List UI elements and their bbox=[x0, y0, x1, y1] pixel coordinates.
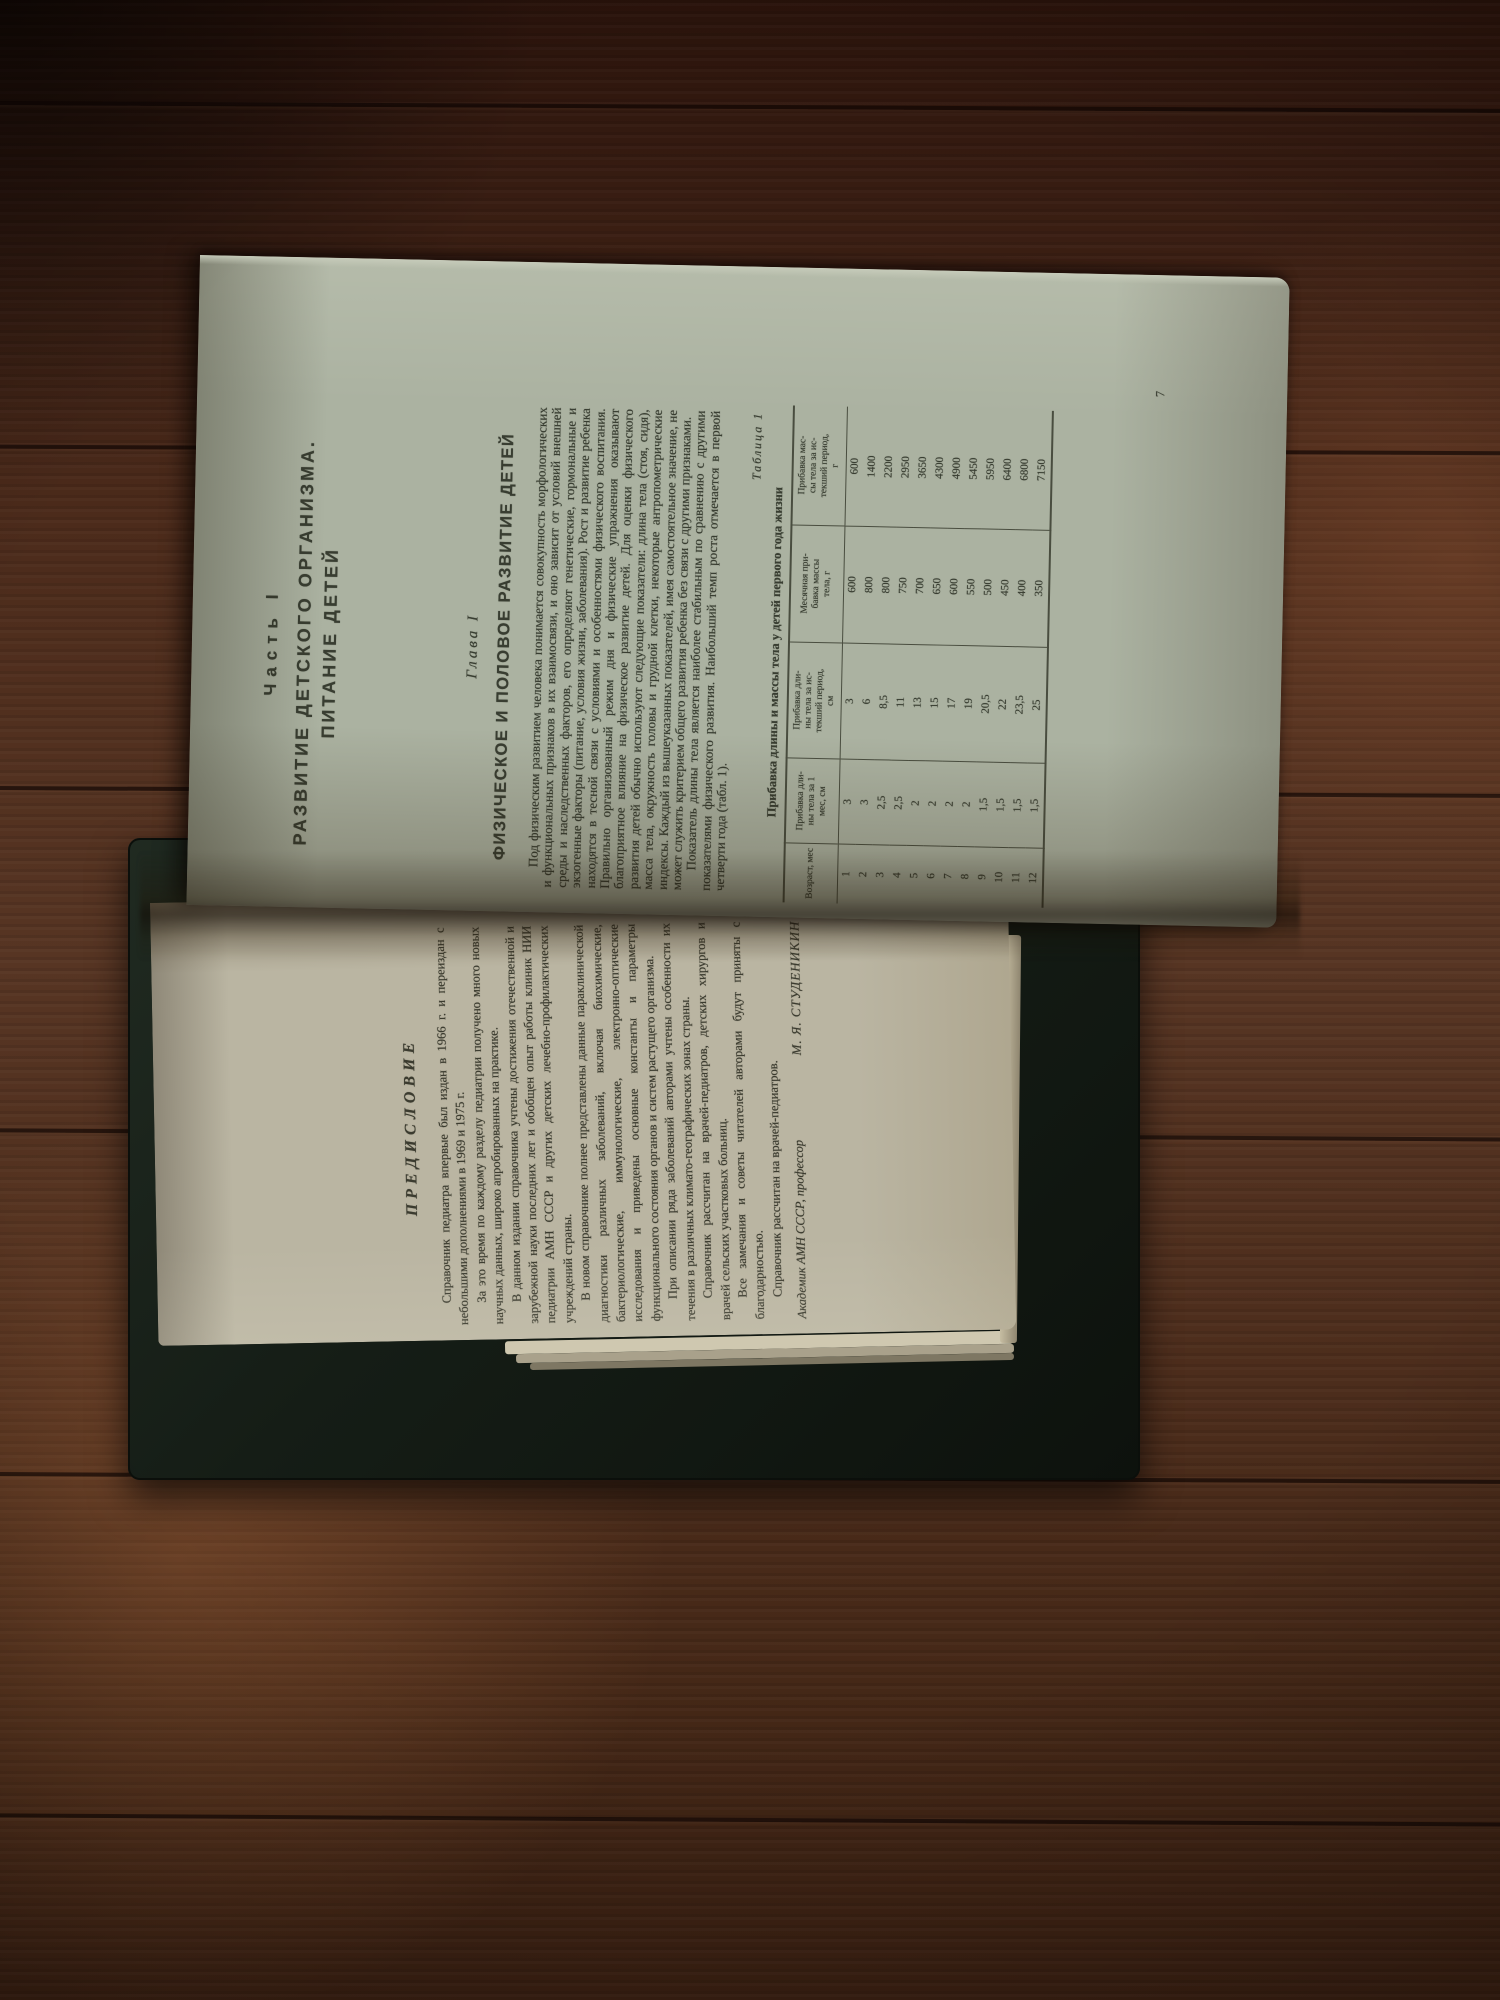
chapter-label: Глава I bbox=[460, 406, 487, 886]
table-cell: 2 bbox=[940, 762, 959, 847]
part-label: Часть I bbox=[257, 401, 287, 881]
table-cell: 8 bbox=[956, 846, 974, 906]
table-cell: 2 bbox=[906, 761, 925, 846]
page-number: 7 bbox=[1153, 391, 1168, 398]
wood-plank-seam bbox=[0, 101, 1500, 113]
paragraph: В данном издании справочника учтены дост… bbox=[501, 925, 578, 1324]
table-cell: 350 bbox=[1030, 530, 1050, 647]
book-left-page: ПРЕДИСЛОВИЕ Справочник педиатра впервые … bbox=[150, 887, 1016, 1346]
chapter-title: ФИЗИЧЕСКОЕ И ПОЛОВОЕ РАЗВИТИЕ ДЕТЕЙ bbox=[490, 406, 519, 886]
table-cell: 2 bbox=[957, 762, 976, 847]
table-cell: 3 bbox=[855, 760, 874, 845]
book-right-page: Часть I РАЗВИТИЕ ДЕТСКОГО ОРГАНИЗМА. ПИТ… bbox=[186, 255, 1289, 928]
table-caption: Таблица 1 bbox=[740, 412, 765, 892]
table-cell: 7 bbox=[939, 846, 957, 906]
table-cell: 2 bbox=[923, 761, 942, 846]
signature-role: Академик АМН СССР, профессор bbox=[792, 1140, 810, 1319]
table-cell: 2,5 bbox=[889, 760, 908, 845]
paragraph: Показатель длины тела является наиболее … bbox=[684, 410, 737, 891]
photo-of-open-book: ПРЕДИСЛОВИЕ Справочник педиатра впервые … bbox=[0, 0, 1500, 2000]
table-header-cell: Прибавка дли- ны тела за 1 мес, см bbox=[785, 758, 840, 844]
wood-plank-seam bbox=[0, 1813, 1500, 1827]
part-title: РАЗВИТИЕ ДЕТСКОГО ОРГАНИЗМА. ПИТАНИЕ ДЕТ… bbox=[286, 402, 348, 883]
table-cell: 1 bbox=[837, 844, 856, 904]
signature-name: М. Я. СТУДЕНИКИН bbox=[787, 920, 806, 1055]
table-header-cell: Возраст, мес bbox=[783, 843, 838, 904]
table-cell: 10 bbox=[990, 847, 1008, 907]
chapter-page-content: Часть I РАЗВИТИЕ ДЕТСКОГО ОРГАНИЗМА. ПИТ… bbox=[186, 255, 1289, 928]
table-cell: 7150 bbox=[1032, 411, 1052, 531]
table-cell: 6 bbox=[922, 846, 940, 906]
table-cell: 25 bbox=[1027, 647, 1047, 764]
table-cell: 11 bbox=[1007, 847, 1025, 907]
table-cell: 3 bbox=[838, 759, 857, 844]
table-cell: 1,5 bbox=[1008, 763, 1027, 848]
table-cell: 1,5 bbox=[974, 762, 993, 847]
table-header-cell: Прибавка дли- ны тела за ис- текший пери… bbox=[786, 642, 842, 760]
table-cell: 9 bbox=[973, 847, 991, 907]
paragraph: В новом справочнике полнее представлены … bbox=[571, 923, 666, 1323]
table-cell: 1,5 bbox=[991, 763, 1010, 848]
table-cell: 4 bbox=[888, 845, 906, 905]
growth-table: Возраст, месПрибавка дли- ны тела за 1 м… bbox=[782, 405, 1053, 907]
table-cell: 3 bbox=[871, 845, 889, 905]
table-cell: 5 bbox=[905, 845, 923, 905]
signature-line: Академик АМН СССР, профессор М. Я. СТУДЕ… bbox=[787, 920, 811, 1318]
table-cell: 2 bbox=[854, 844, 872, 904]
table-cell: 12 bbox=[1024, 848, 1043, 908]
paragraph: Под физическим развитием человека понима… bbox=[526, 407, 694, 890]
preface-text-block: Справочник педиатра впервые был издан в … bbox=[432, 921, 788, 1326]
table-cell: 2,5 bbox=[872, 760, 891, 845]
chapter-text-block: Под физическим развитием человека понима… bbox=[526, 407, 738, 891]
preface-title: ПРЕДИСЛОВИЕ bbox=[399, 928, 425, 1326]
preface-page-content: ПРЕДИСЛОВИЕ Справочник педиатра впервые … bbox=[150, 887, 1016, 1346]
table-header-cell: Прибавка мас- сы тела за ис- текший пери… bbox=[791, 405, 847, 525]
table-cell: 1,5 bbox=[1025, 763, 1045, 848]
table-header-cell: Месячная при- бавка массы тела, г bbox=[789, 525, 845, 643]
